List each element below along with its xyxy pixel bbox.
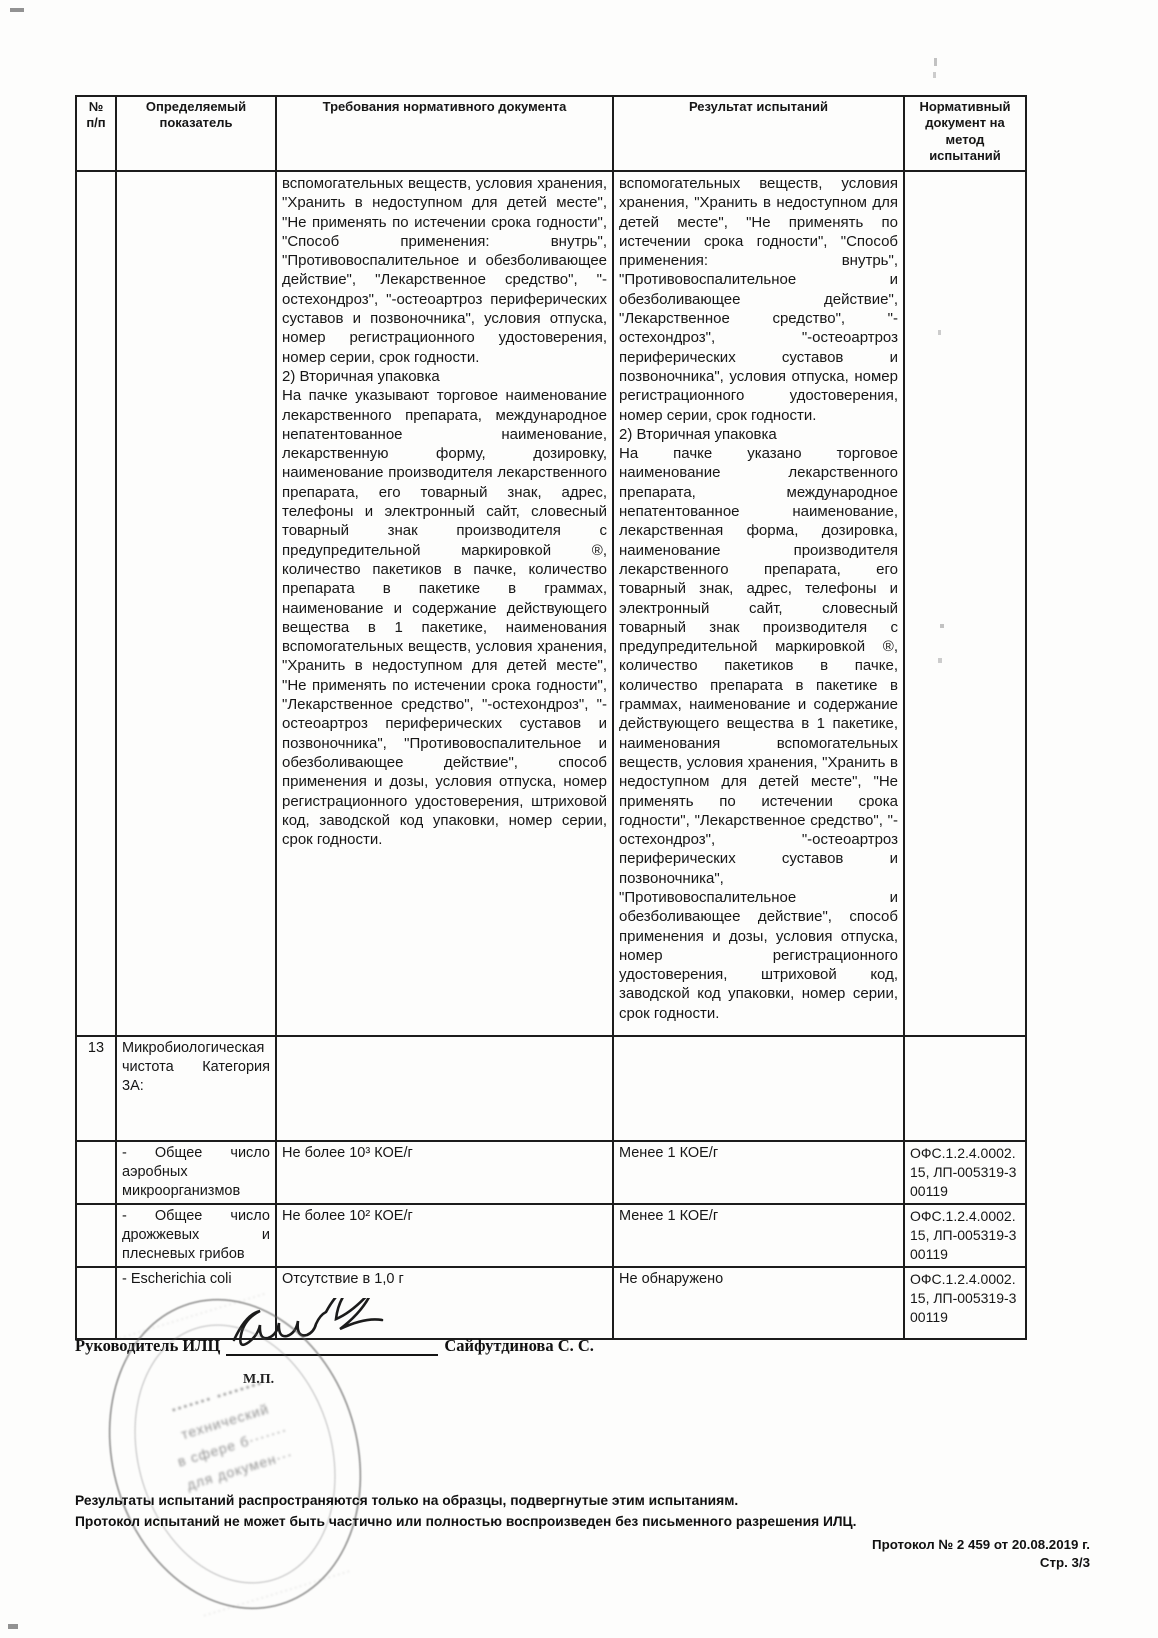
requirement-value: Не более 10³ КОЕ/г xyxy=(276,1141,613,1204)
method-ref: ОФС.1.2.4.0002.15, ЛП-005319-300119 xyxy=(904,1267,1026,1339)
requirement-value: Не более 10² КОЕ/г xyxy=(276,1204,613,1267)
scan-artifact xyxy=(10,8,24,12)
stamp-ring-text: ······························· xyxy=(172,1556,383,1629)
footer-notes: Результаты испытаний распространяются то… xyxy=(75,1490,856,1532)
empty-cell xyxy=(116,171,276,1036)
col-header-method: Нормативный документ на метод испытаний xyxy=(904,96,1026,171)
page-number: Стр. 3/3 xyxy=(872,1554,1090,1572)
table-row-aerobic: - Общее число аэробных микроорганизмов Н… xyxy=(76,1141,1026,1204)
table-header-row: № п/п Определяемый показатель Требования… xyxy=(76,96,1026,171)
empty-cell xyxy=(76,1141,116,1204)
requirement-text: вспомогательных веществ, условия хранени… xyxy=(276,171,613,1036)
empty-cell xyxy=(904,171,1026,1036)
table-row-yeast-mold: - Общее число дрожжевых и плесневых гриб… xyxy=(76,1204,1026,1267)
note-scope: Результаты испытаний распространяются то… xyxy=(75,1490,856,1511)
result-value: Менее 1 КОЕ/г xyxy=(613,1204,904,1267)
scan-artifact xyxy=(940,624,944,628)
method-ref: ОФС.1.2.4.0002.15, ЛП-005319-300119 xyxy=(904,1204,1026,1267)
scanned-protocol-page: № п/п Определяемый показатель Требования… xyxy=(0,0,1158,1638)
stamp-center-text: ······· ········ технический в сфере б··… xyxy=(126,1362,331,1504)
indicator-name: - Общее число аэробных микроорганизмов xyxy=(116,1141,276,1204)
note-reproduction: Протокол испытаний не может быть частичн… xyxy=(75,1511,856,1532)
row-13-microbio: 13 Микробиологическая чистота Категория … xyxy=(76,1036,1026,1141)
signatory-role-label: Руководитель ИЛЦ xyxy=(75,1336,220,1356)
scan-artifact xyxy=(938,330,941,335)
result-text: вспомогательных веществ, условия хранени… xyxy=(613,171,904,1036)
scan-artifact xyxy=(8,1624,18,1629)
empty-cell xyxy=(76,1204,116,1267)
empty-cell xyxy=(76,171,116,1036)
signatory-name: Сайфутдинова С. С. xyxy=(444,1336,594,1356)
empty-cell xyxy=(613,1036,904,1141)
scan-artifact xyxy=(934,58,937,66)
protocol-reference: Протокол № 2 459 от 20.08.2019 г. Стр. 3… xyxy=(872,1536,1090,1572)
col-header-num: № п/п xyxy=(76,96,116,171)
handwritten-signature xyxy=(220,1298,450,1360)
test-results-table: № п/п Определяемый показатель Требования… xyxy=(75,95,1027,1340)
col-header-indicator: Определяемый показатель xyxy=(116,96,276,171)
scan-artifact xyxy=(933,72,936,78)
empty-cell xyxy=(276,1036,613,1141)
indicator-name: - Общее число дрожжевых и плесневых гриб… xyxy=(116,1204,276,1267)
col-header-result: Результат испытаний xyxy=(613,96,904,171)
protocol-number: Протокол № 2 459 от 20.08.2019 г. xyxy=(872,1536,1090,1554)
row-number: 13 xyxy=(76,1036,116,1141)
empty-cell xyxy=(76,1267,116,1339)
signature-block: Руководитель ИЛЦ Сайфутдинова С. С. xyxy=(75,1332,775,1356)
indicator-name: Микробиологическая чистота Категория 3А: xyxy=(116,1036,276,1141)
method-ref: ОФС.1.2.4.0002.15, ЛП-005319-300119 xyxy=(904,1141,1026,1204)
col-header-requirement: Требования нормативного документа xyxy=(276,96,613,171)
seal-place-mark: М.П. xyxy=(243,1372,274,1388)
result-value: Не обнаружено xyxy=(613,1267,904,1339)
empty-cell xyxy=(904,1036,1026,1141)
continuation-row: вспомогательных веществ, условия хранени… xyxy=(76,171,1026,1036)
scan-artifact xyxy=(938,658,942,663)
signature-line xyxy=(226,1332,438,1356)
result-value: Менее 1 КОЕ/г xyxy=(613,1141,904,1204)
table-row-ecoli: - Escherichia coli Отсутствие в 1,0 г Не… xyxy=(76,1267,1026,1339)
